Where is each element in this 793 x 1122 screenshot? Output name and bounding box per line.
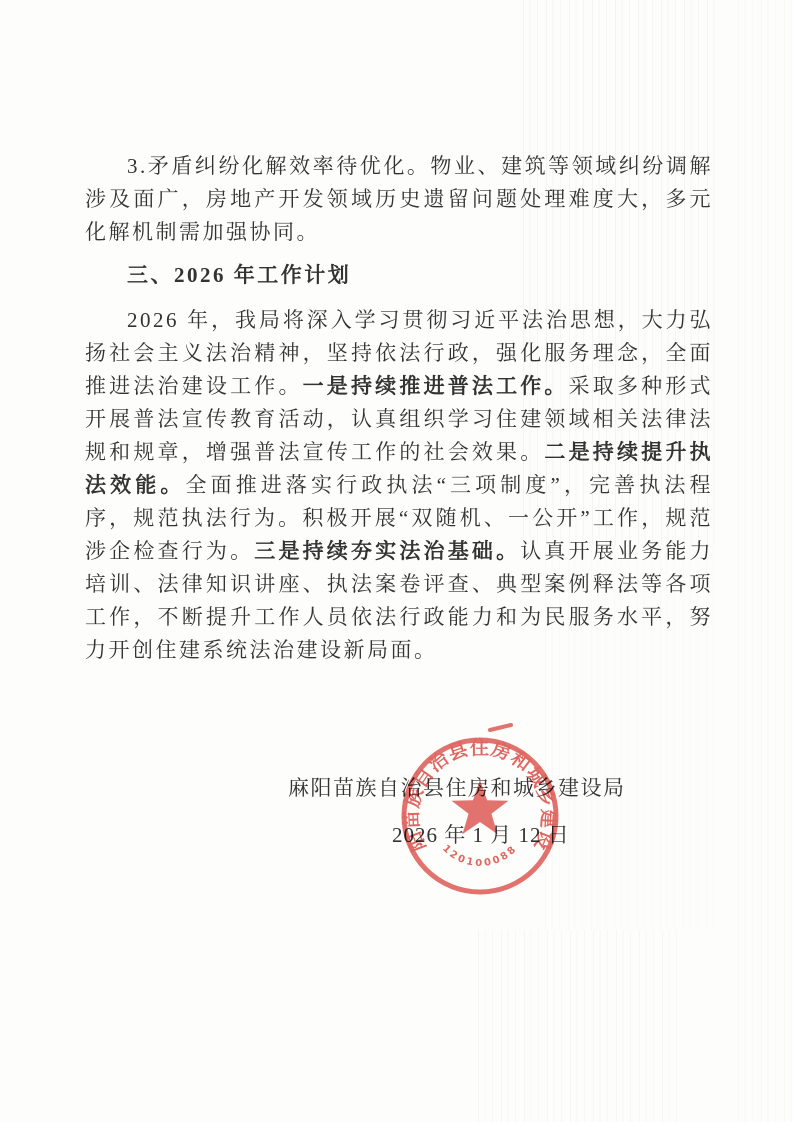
official-seal-stamp: 麻阳苗族自治县住房和城乡建设局 4312010008857	[397, 718, 567, 903]
paragraph-2026-plan: 2026 年，我局将深入学习贯彻习近平法治思想，大力弘扬社会主义法治精神，坚持依…	[85, 304, 713, 667]
plan-point-3-label: 三是持续夯实法治基础。	[254, 539, 520, 563]
section-heading-2026-work-plan: 三、2026 年工作计划	[85, 259, 713, 292]
scan-streak-texture-edge	[738, 0, 793, 1122]
scan-streak-texture-bottom	[478, 930, 683, 1122]
plan-point-1-label: 一是持续推进普法工作。	[303, 374, 569, 398]
scanned-document-page: 3.矛盾纠纷化解效率待优化。物业、建筑等领域纠纷调解涉及面广，房地产开发领域历史…	[0, 0, 793, 1122]
seal-star-icon	[452, 780, 509, 834]
document-body: 3.矛盾纠纷化解效率待优化。物业、建筑等领域纠纷调解涉及面广，房地产开发领域历史…	[85, 150, 713, 667]
seal-top-ink-mark	[490, 725, 511, 730]
paragraph-dispute-resolution: 3.矛盾纠纷化解效率待优化。物业、建筑等领域纠纷调解涉及面广，房地产开发领域历史…	[85, 150, 713, 249]
